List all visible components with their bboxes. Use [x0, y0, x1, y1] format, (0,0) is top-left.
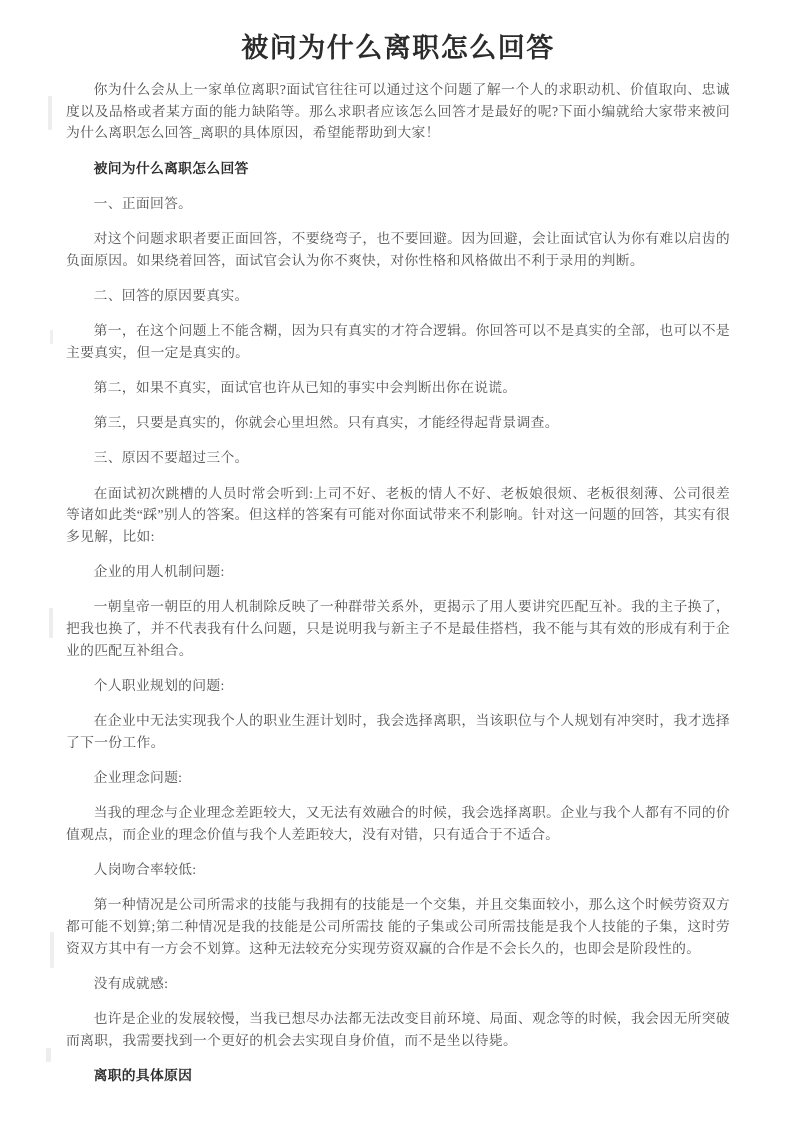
paragraph-label-hiring-mechanism: 企业的用人机制问题:: [66, 561, 730, 583]
paragraph-career-planning-body: 在企业中无法实现我个人的职业生涯计划时，我会选择离职，当该职位与个人规划有冲突时…: [66, 710, 730, 753]
paragraph-point-2-second: 第二，如果不真实，面试官也许从已知的事实中会判断出你在说谎。: [66, 377, 730, 399]
paragraph-point-3: 三、原因不要超过三个。: [66, 447, 730, 469]
paragraph-company-philosophy-body: 当我的理念与企业理念差距较大，又无法有效融合的时候，我会选择离职。企业与我个人都…: [66, 802, 730, 845]
paragraph-intro: 你为什么会从上一家单位离职?面试官往往可以通过这个问题了解一个人的求职动机、价值…: [66, 79, 730, 144]
paragraph-job-fit-body: 第一种情况是公司所需求的技能与我拥有的技能是一个交集，并且交集面较小，那么这个时…: [66, 894, 730, 959]
scan-artifact: [49, 608, 53, 638]
document-page: 被问为什么离职怎么回答 你为什么会从上一家单位离职?面试官往往可以通过这个问题了…: [0, 0, 794, 1123]
paragraph-label-job-fit: 人岗吻合率较低:: [66, 859, 730, 881]
paragraph-point-1-body: 对这个问题求职者要正面回答，不要绕弯子，也不要回避。因为回避，会让面试官认为你有…: [66, 228, 730, 271]
paragraph-hiring-mechanism-body: 一朝皇帝一朝臣的用人机制除反映了一种群带关系外，更揭示了用人要讲究匹配互补。我的…: [66, 596, 730, 661]
paragraph-label-career-planning: 个人职业规划的问题:: [66, 675, 730, 697]
paragraph-label-no-achievement: 没有成就感:: [66, 973, 730, 995]
paragraph-no-achievement-body: 也许是企业的发展较慢，当我已想尽办法都无法改变目前环境、局面、观念等的时候，我会…: [66, 1008, 730, 1051]
section-heading-how-to-answer: 被问为什么离职怎么回答: [66, 158, 730, 180]
paragraph-point-1: 一、正面回答。: [66, 193, 730, 215]
paragraph-point-3-body: 在面试初次跳槽的人员时常会听到:上司不好、老板的情人不好、老板娘很烦、老板很刻薄…: [66, 483, 730, 548]
scan-artifact: [50, 932, 54, 968]
paragraph-point-2-first: 第一，在这个问题上不能含糊，因为只有真实的才符合逻辑。你回答可以不是真实的全部，…: [66, 320, 730, 363]
doc-title: 被问为什么离职怎么回答: [66, 30, 730, 66]
paragraph-point-2: 二、回答的原因要真实。: [66, 285, 730, 307]
paragraph-label-company-philosophy: 企业理念问题:: [66, 767, 730, 789]
scan-artifact: [46, 1048, 51, 1062]
scan-artifact: [48, 96, 52, 130]
scan-artifact: [50, 330, 53, 344]
paragraph-point-2-third: 第三，只要是真实的，你就会心里坦然。只有真实，才能经得起背景调查。: [66, 412, 730, 434]
section-heading-specific-reasons: 离职的具体原因: [66, 1065, 730, 1087]
